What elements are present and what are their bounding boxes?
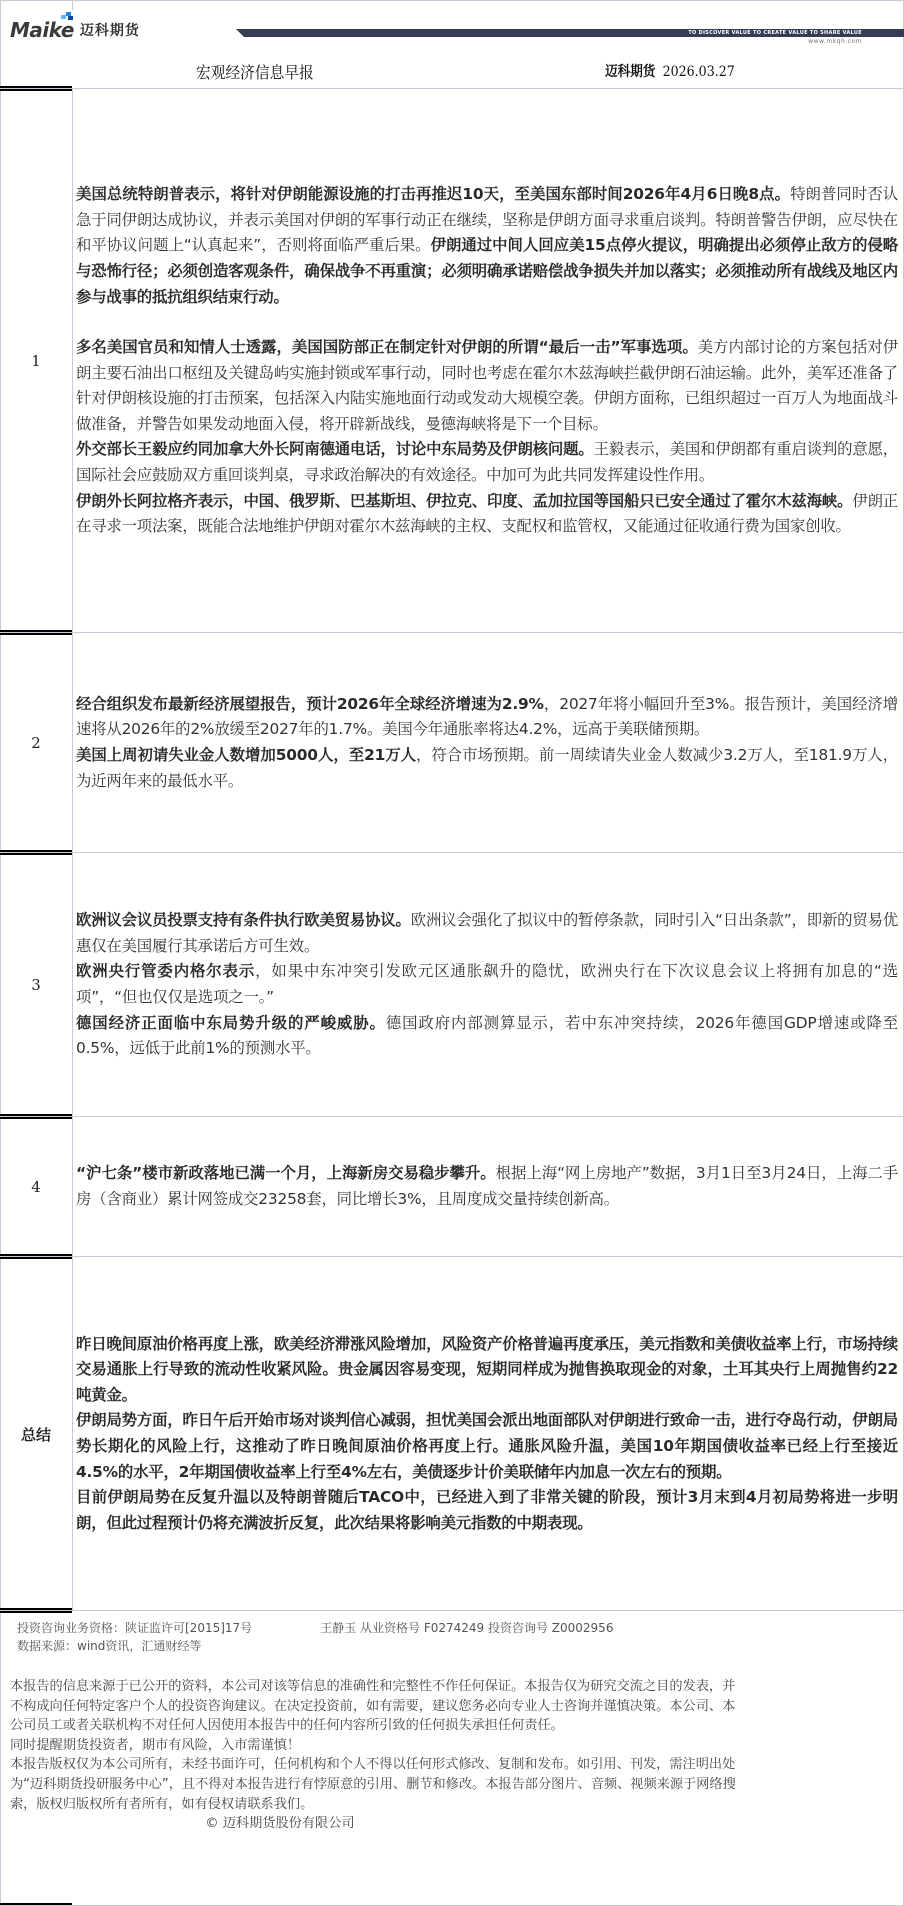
news-item: 多名美国官员和知情人士透露，美国国防部正在制定针对伊朗的所谓“最后一击”军事选项… (76, 335, 898, 437)
news-section-4: 4 “沪七条”楼市新政落地已满一个月，上海新房交易稳步攀升。根据上海“网上房地产… (0, 1116, 904, 1257)
brand-tagline: TO DISCOVER VALUE TO CREATE VALUE TO SHA… (688, 29, 862, 37)
summary-label: 总结 (0, 1257, 73, 1611)
data-source: 数据来源：wind资讯，汇通财经等 (17, 1637, 613, 1655)
news-item: 伊朗外长阿拉格齐表示，中国、俄罗斯、巴基斯坦、伊拉克、印度、孟加拉国等国船只已安… (76, 489, 898, 540)
qualification: 投资咨询业务资格：陕证监许可[2015]17号 (17, 1621, 252, 1635)
summary-paragraph: 伊朗局势方面，昨日午后开始市场对谈判信心减弱，担忧美国会派出地面部队对伊朗进行致… (76, 1408, 898, 1485)
logo-dots-icon (58, 12, 76, 20)
report-company: 迈科期货 (605, 64, 655, 80)
credentials: 投资咨询业务资格：陕证监许可[2015]17号王静玉 从业资格号 F027424… (17, 1619, 613, 1655)
summary-content: 昨日晚间原油价格再度上涨，欧美经济滞涨风险增加，风险资产价格普遍再度承压，美元指… (76, 1257, 898, 1611)
news-item: “沪七条”楼市新政落地已满一个月，上海新房交易稳步攀升。根据上海“网上房地产”数… (76, 1161, 898, 1212)
news-section-1: 1 美国总统特朗普表示，将针对伊朗能源设施的打击再推迟10天，至美国东部时间20… (0, 88, 904, 633)
report-date: 2026.03.27 (663, 64, 735, 80)
news-item: 欧洲议会议员投票支持有条件执行欧美贸易协议。欧洲议会强化了拟议中的暂停条款，同时… (76, 908, 898, 959)
title-row: 宏观经济信息早报 迈科期货2026.03.27 (0, 50, 904, 88)
news-item: 欧洲央行管委内格尔表示，如果中东冲突引发欧元区通胀飙升的隐忧，欧洲央行在下次议息… (76, 959, 898, 1010)
report-meta: 迈科期货2026.03.27 (605, 61, 735, 81)
website-url: www.mkqh.com (808, 38, 862, 45)
logo-chinese-name: 迈科期货 (80, 22, 140, 40)
double-rule (0, 1608, 72, 1613)
news-section-3: 3 欧洲议会议员投票支持有条件执行欧美贸易协议。欧洲议会强化了拟议中的暂停条款，… (0, 852, 904, 1117)
bottom-rule (0, 1903, 72, 1905)
copyright: © 迈科期货股份有限公司 (10, 1814, 550, 1834)
section-content: “沪七条”楼市新政落地已满一个月，上海新房交易稳步攀升。根据上海“网上房地产”数… (76, 1117, 898, 1257)
section-content: 经合组织发布最新经济展望报告，预计2026年全球经济增速为2.9%，2027年将… (76, 633, 898, 853)
summary-paragraph: 目前伊朗局势在反复升温以及特朗普随后TACO中，已经进入到了非常关键的阶段，预计… (76, 1485, 898, 1536)
summary-section: 总结 昨日晚间原油价格再度上涨，欧美经济滞涨风险增加，风险资产价格普遍再度承压，… (0, 1256, 904, 1611)
risk-warning: 同时提醒期货投资者，期市有风险，入市需谨慎！ (10, 1736, 740, 1756)
copyright-notice: 本报告版权仅为本公司所有，未经书面许可，任何机构和个人不得以任何形式修改、复制和… (10, 1755, 740, 1814)
section-number: 1 (0, 89, 73, 633)
news-section-2: 2 经合组织发布最新经济展望报告，预计2026年全球经济增速为2.9%，2027… (0, 632, 904, 853)
disclaimer: 本报告的信息来源于已公开的资料，本公司对该等信息的准确性和完整性不作任何保证。本… (10, 1677, 740, 1834)
logo-wordmark: Maike (10, 20, 74, 40)
section-content: 美国总统特朗普表示，将针对伊朗能源设施的打击再推迟10天，至美国东部时间2026… (76, 89, 898, 633)
disclaimer-text: 本报告的信息来源于已公开的资料，本公司对该等信息的准确性和完整性不作任何保证。本… (10, 1677, 740, 1736)
news-item: 经合组织发布最新经济展望报告，预计2026年全球经济增速为2.9%，2027年将… (76, 692, 898, 743)
company-logo: Maike 迈科期货 (10, 18, 140, 40)
section-number: 3 (0, 853, 73, 1117)
report-footer: 投资咨询业务资格：陕证监许可[2015]17号王静玉 从业资格号 F027424… (0, 1610, 904, 1906)
section-number: 4 (0, 1117, 73, 1257)
section-number: 2 (0, 633, 73, 853)
section-content: 欧洲议会议员投票支持有条件执行欧美贸易协议。欧洲议会强化了拟议中的暂停条款，同时… (76, 853, 898, 1117)
analyst-info: 王静玉 从业资格号 F0274249 投资咨询号 Z0002956 (320, 1621, 613, 1635)
news-item: 美国总统特朗普表示，将针对伊朗能源设施的打击再推迟10天，至美国东部时间2026… (76, 182, 898, 310)
news-item: 外交部长王毅应约同加拿大外长阿南德通电话，讨论中东局势及伊朗核问题。王毅表示，美… (76, 437, 898, 488)
news-item: 德国经济正面临中东局势升级的严峻威胁。德国政府内部测算显示，若中东冲突持续，20… (76, 1011, 898, 1062)
summary-paragraph: 昨日晚间原油价格再度上涨，欧美经济滞涨风险增加，风险资产价格普遍再度承压，美元指… (76, 1332, 898, 1409)
report-header: Maike 迈科期货 TO DISCOVER VALUE TO CREATE V… (0, 0, 904, 50)
report-title: 宏观经济信息早报 (196, 60, 314, 83)
news-item: 美国上周初请失业金人数增加5000人，至21万人，符合市场预期。前一周续请失业金… (76, 743, 898, 794)
